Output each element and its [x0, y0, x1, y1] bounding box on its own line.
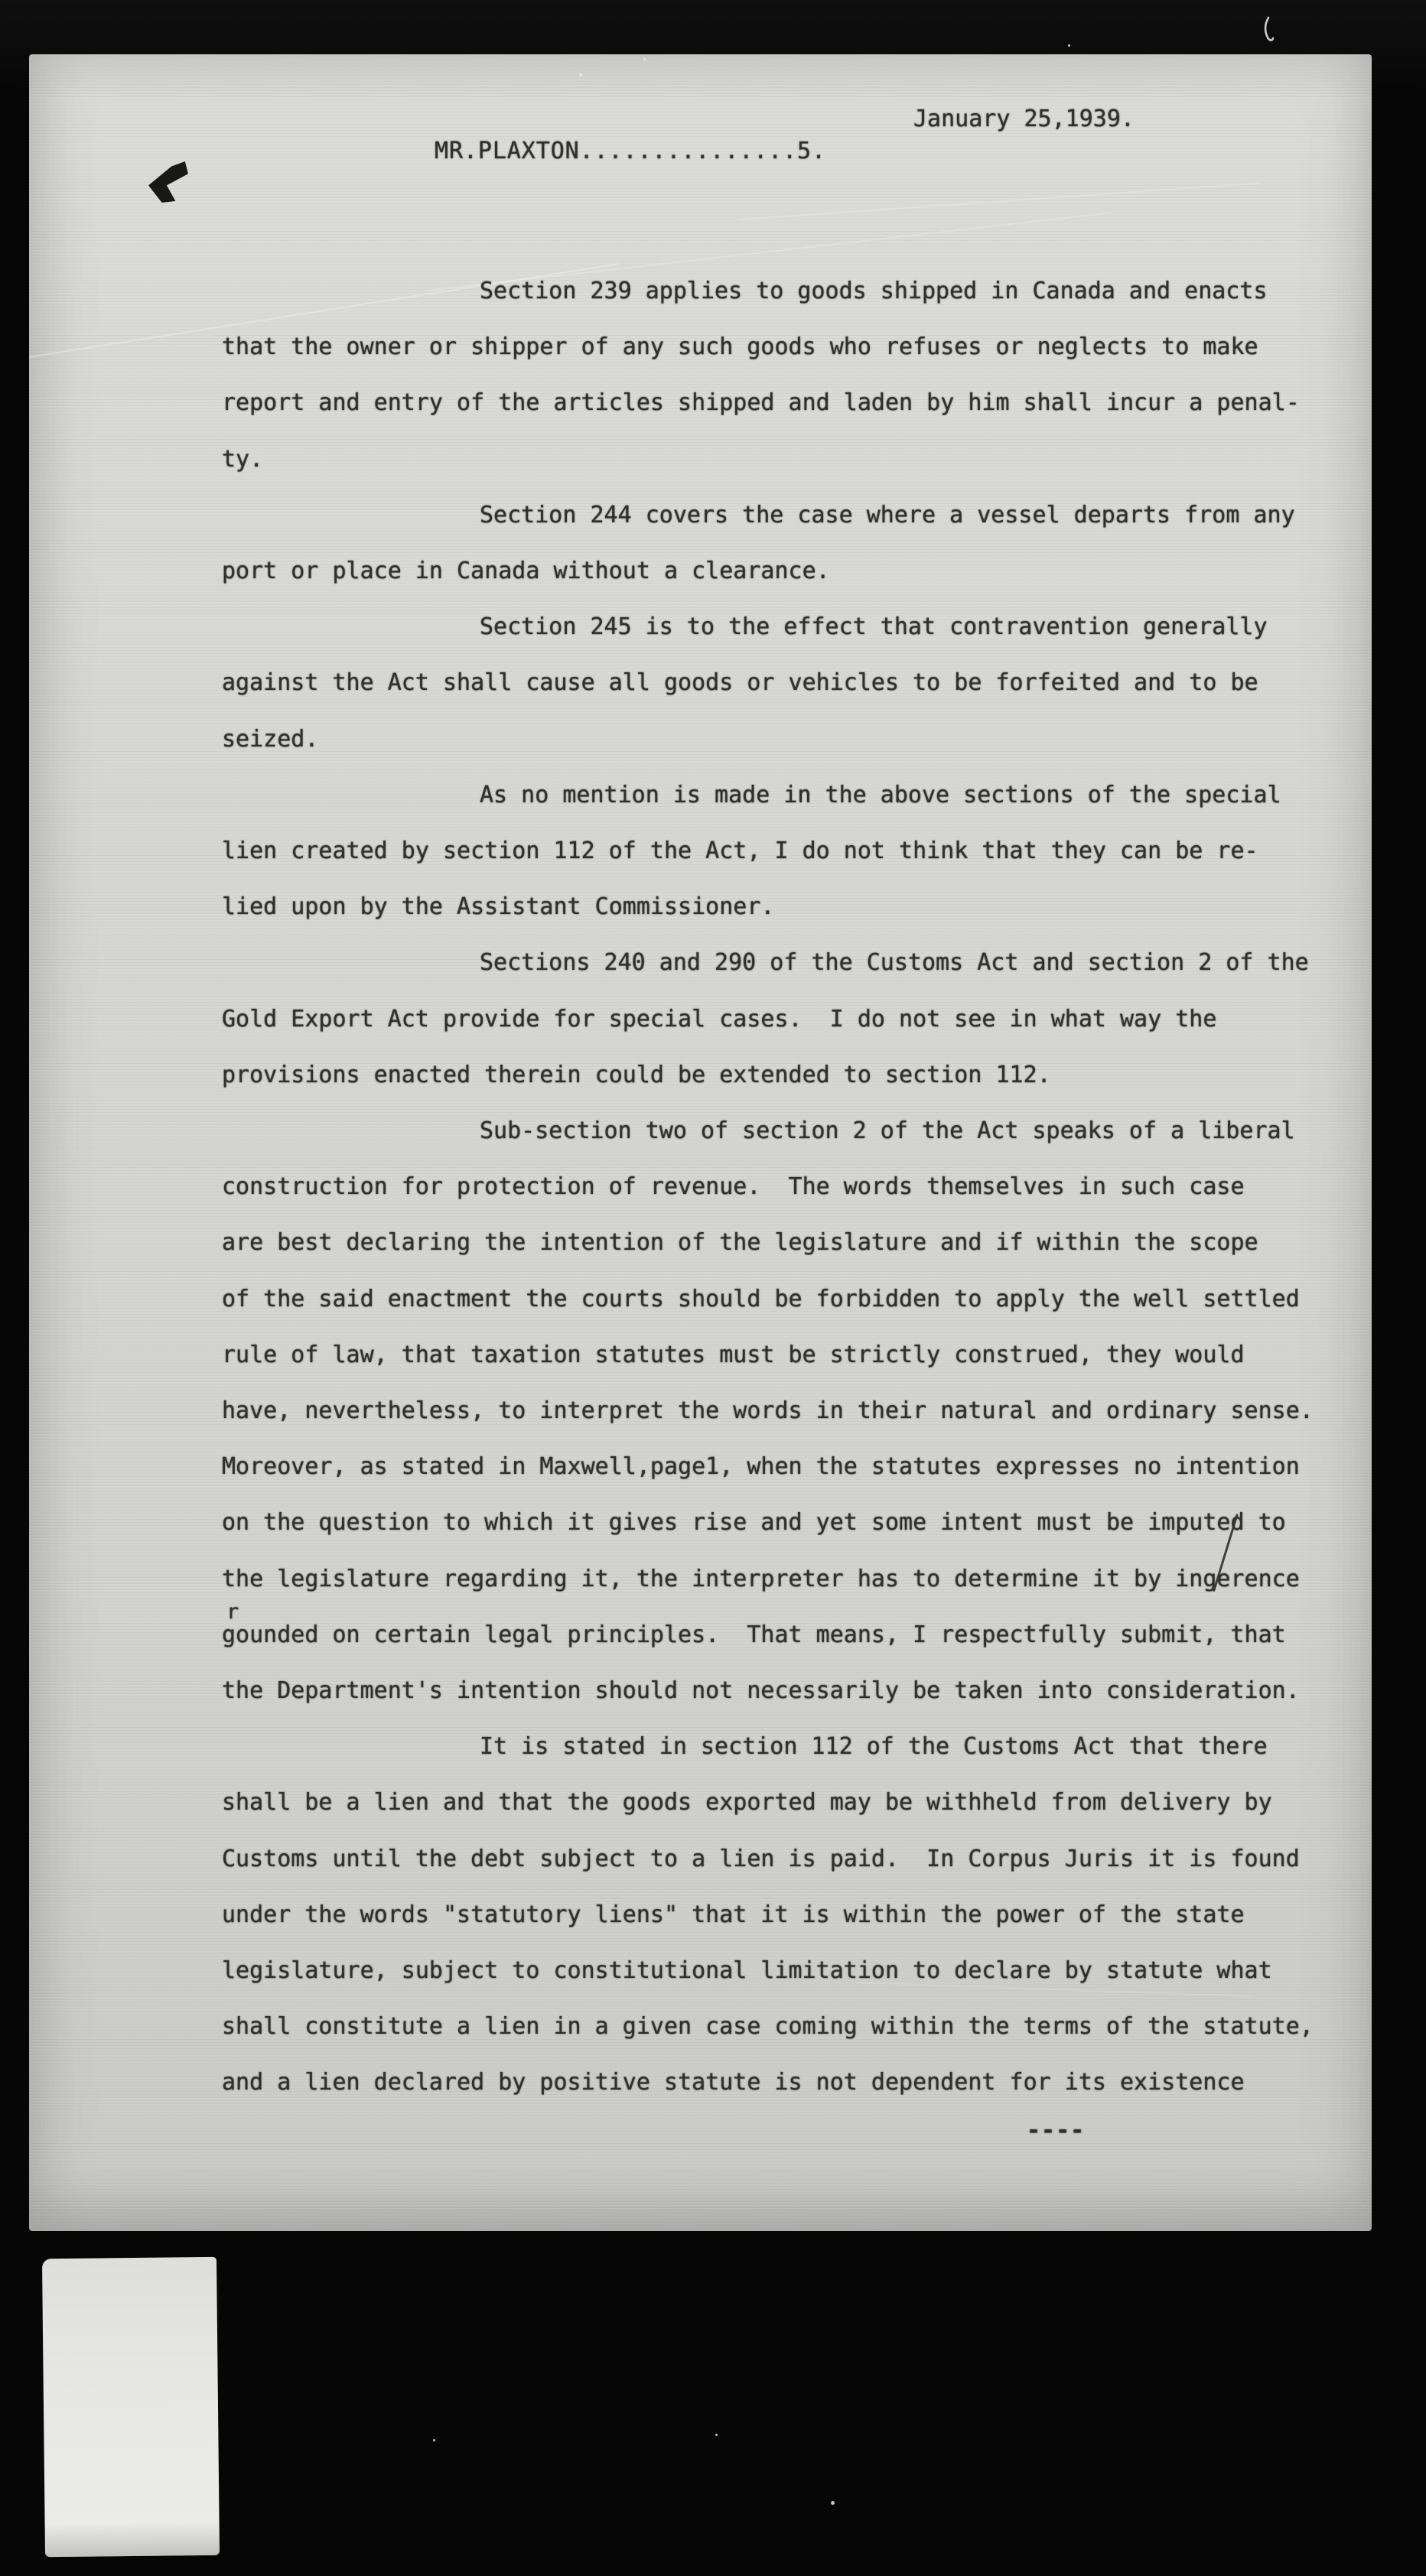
- dust-speck: [715, 2434, 718, 2436]
- typewritten-line: the Department's intention should not ne…: [222, 1680, 1300, 1703]
- end-dashes: ----: [1027, 2119, 1085, 2142]
- typewritten-line: Section 244 covers the case where a vess…: [222, 504, 1295, 527]
- dust-speck: [643, 58, 646, 60]
- typewritten-line: As no mention is made in the above secti…: [222, 784, 1281, 807]
- typewritten-line: Moreover, as stated in Maxwell,page1, wh…: [222, 1456, 1300, 1478]
- typewritten-line: of the said enactment the courts should …: [222, 1288, 1300, 1311]
- typewritten-line: report and entry of the articles shipped…: [222, 392, 1300, 415]
- typewritten-line: that the owner or shipper of any such go…: [222, 336, 1258, 359]
- typewritten-line: Section 239 applies to goods shipped in …: [222, 280, 1268, 303]
- film-scratch: [855, 1982, 1253, 1997]
- typewritten-line: lied upon by the Assistant Commissioner.: [222, 896, 774, 919]
- typewritten-line: legislature, subject to constitutional l…: [222, 1960, 1272, 1982]
- typewritten-line: against the Act shall cause all goods or…: [222, 672, 1258, 694]
- film-squiggle-mark: [1259, 15, 1276, 44]
- arrow-ink-mark: [148, 161, 188, 203]
- typewritten-line: gounded on certain legal principles. Tha…: [222, 1624, 1286, 1647]
- typewritten-line: rule of law, that taxation statutes must…: [222, 1344, 1245, 1367]
- recipient-line: MR.PLAXTON...............5.: [435, 140, 826, 163]
- typewritten-line: It is stated in section 112 of the Custo…: [222, 1735, 1268, 1758]
- typewritten-line: are best declaring the intention of the …: [222, 1231, 1258, 1254]
- typewritten-line: Sections 240 and 290 of the Customs Act …: [222, 951, 1309, 974]
- dust-speck: [1068, 44, 1070, 47]
- typewritten-line: have, nevertheless, to interpret the wor…: [222, 1400, 1314, 1423]
- dust-speck: [579, 73, 582, 76]
- typewritten-line: port or place in Canada without a cleara…: [222, 560, 830, 583]
- typewritten-line: the legislature regarding it, the interp…: [222, 1568, 1300, 1591]
- dust-speck: [433, 2439, 435, 2441]
- typewritten-line: and a lien declared by positive statute …: [222, 2071, 1245, 2094]
- typewritten-line: lien created by section 112 of the Act, …: [222, 840, 1258, 863]
- typewritten-line: Customs until the debt subject to a lien…: [222, 1848, 1300, 1871]
- dust-speck: [831, 2501, 835, 2505]
- typewritten-line: Sub-section two of section 2 of the Act …: [222, 1120, 1295, 1143]
- document-page: January 25,1939. MR.PLAXTON.............…: [29, 54, 1372, 2231]
- typewritten-line: Section 245 is to the effect that contra…: [222, 616, 1268, 639]
- typewritten-line: on the question to which it gives rise a…: [222, 1511, 1286, 1534]
- typewritten-line: construction for protection of revenue. …: [222, 1176, 1245, 1199]
- typewritten-line: under the words "statutory liens" that i…: [222, 1904, 1245, 1927]
- typewritten-line: ty.: [222, 448, 263, 471]
- typewritten-line: provisions enacted therein could be exte…: [222, 1064, 1051, 1087]
- typewritten-line: Gold Export Act provide for special case…: [222, 1008, 1216, 1031]
- typewritten-line: seized.: [222, 728, 318, 751]
- film-scan-frame: January 25,1939. MR.PLAXTON.............…: [0, 0, 1426, 2576]
- typewritten-line: shall be a lien and that the goods expor…: [222, 1791, 1272, 1814]
- date-line: January 25,1939.: [913, 108, 1135, 131]
- slip-shadow: [45, 2522, 220, 2557]
- attached-slip: [42, 2257, 220, 2557]
- typewritten-line: shall constitute a lien in a given case …: [222, 2015, 1314, 2038]
- superscript-correction: r: [226, 1601, 239, 1624]
- film-scratch: [741, 183, 1259, 220]
